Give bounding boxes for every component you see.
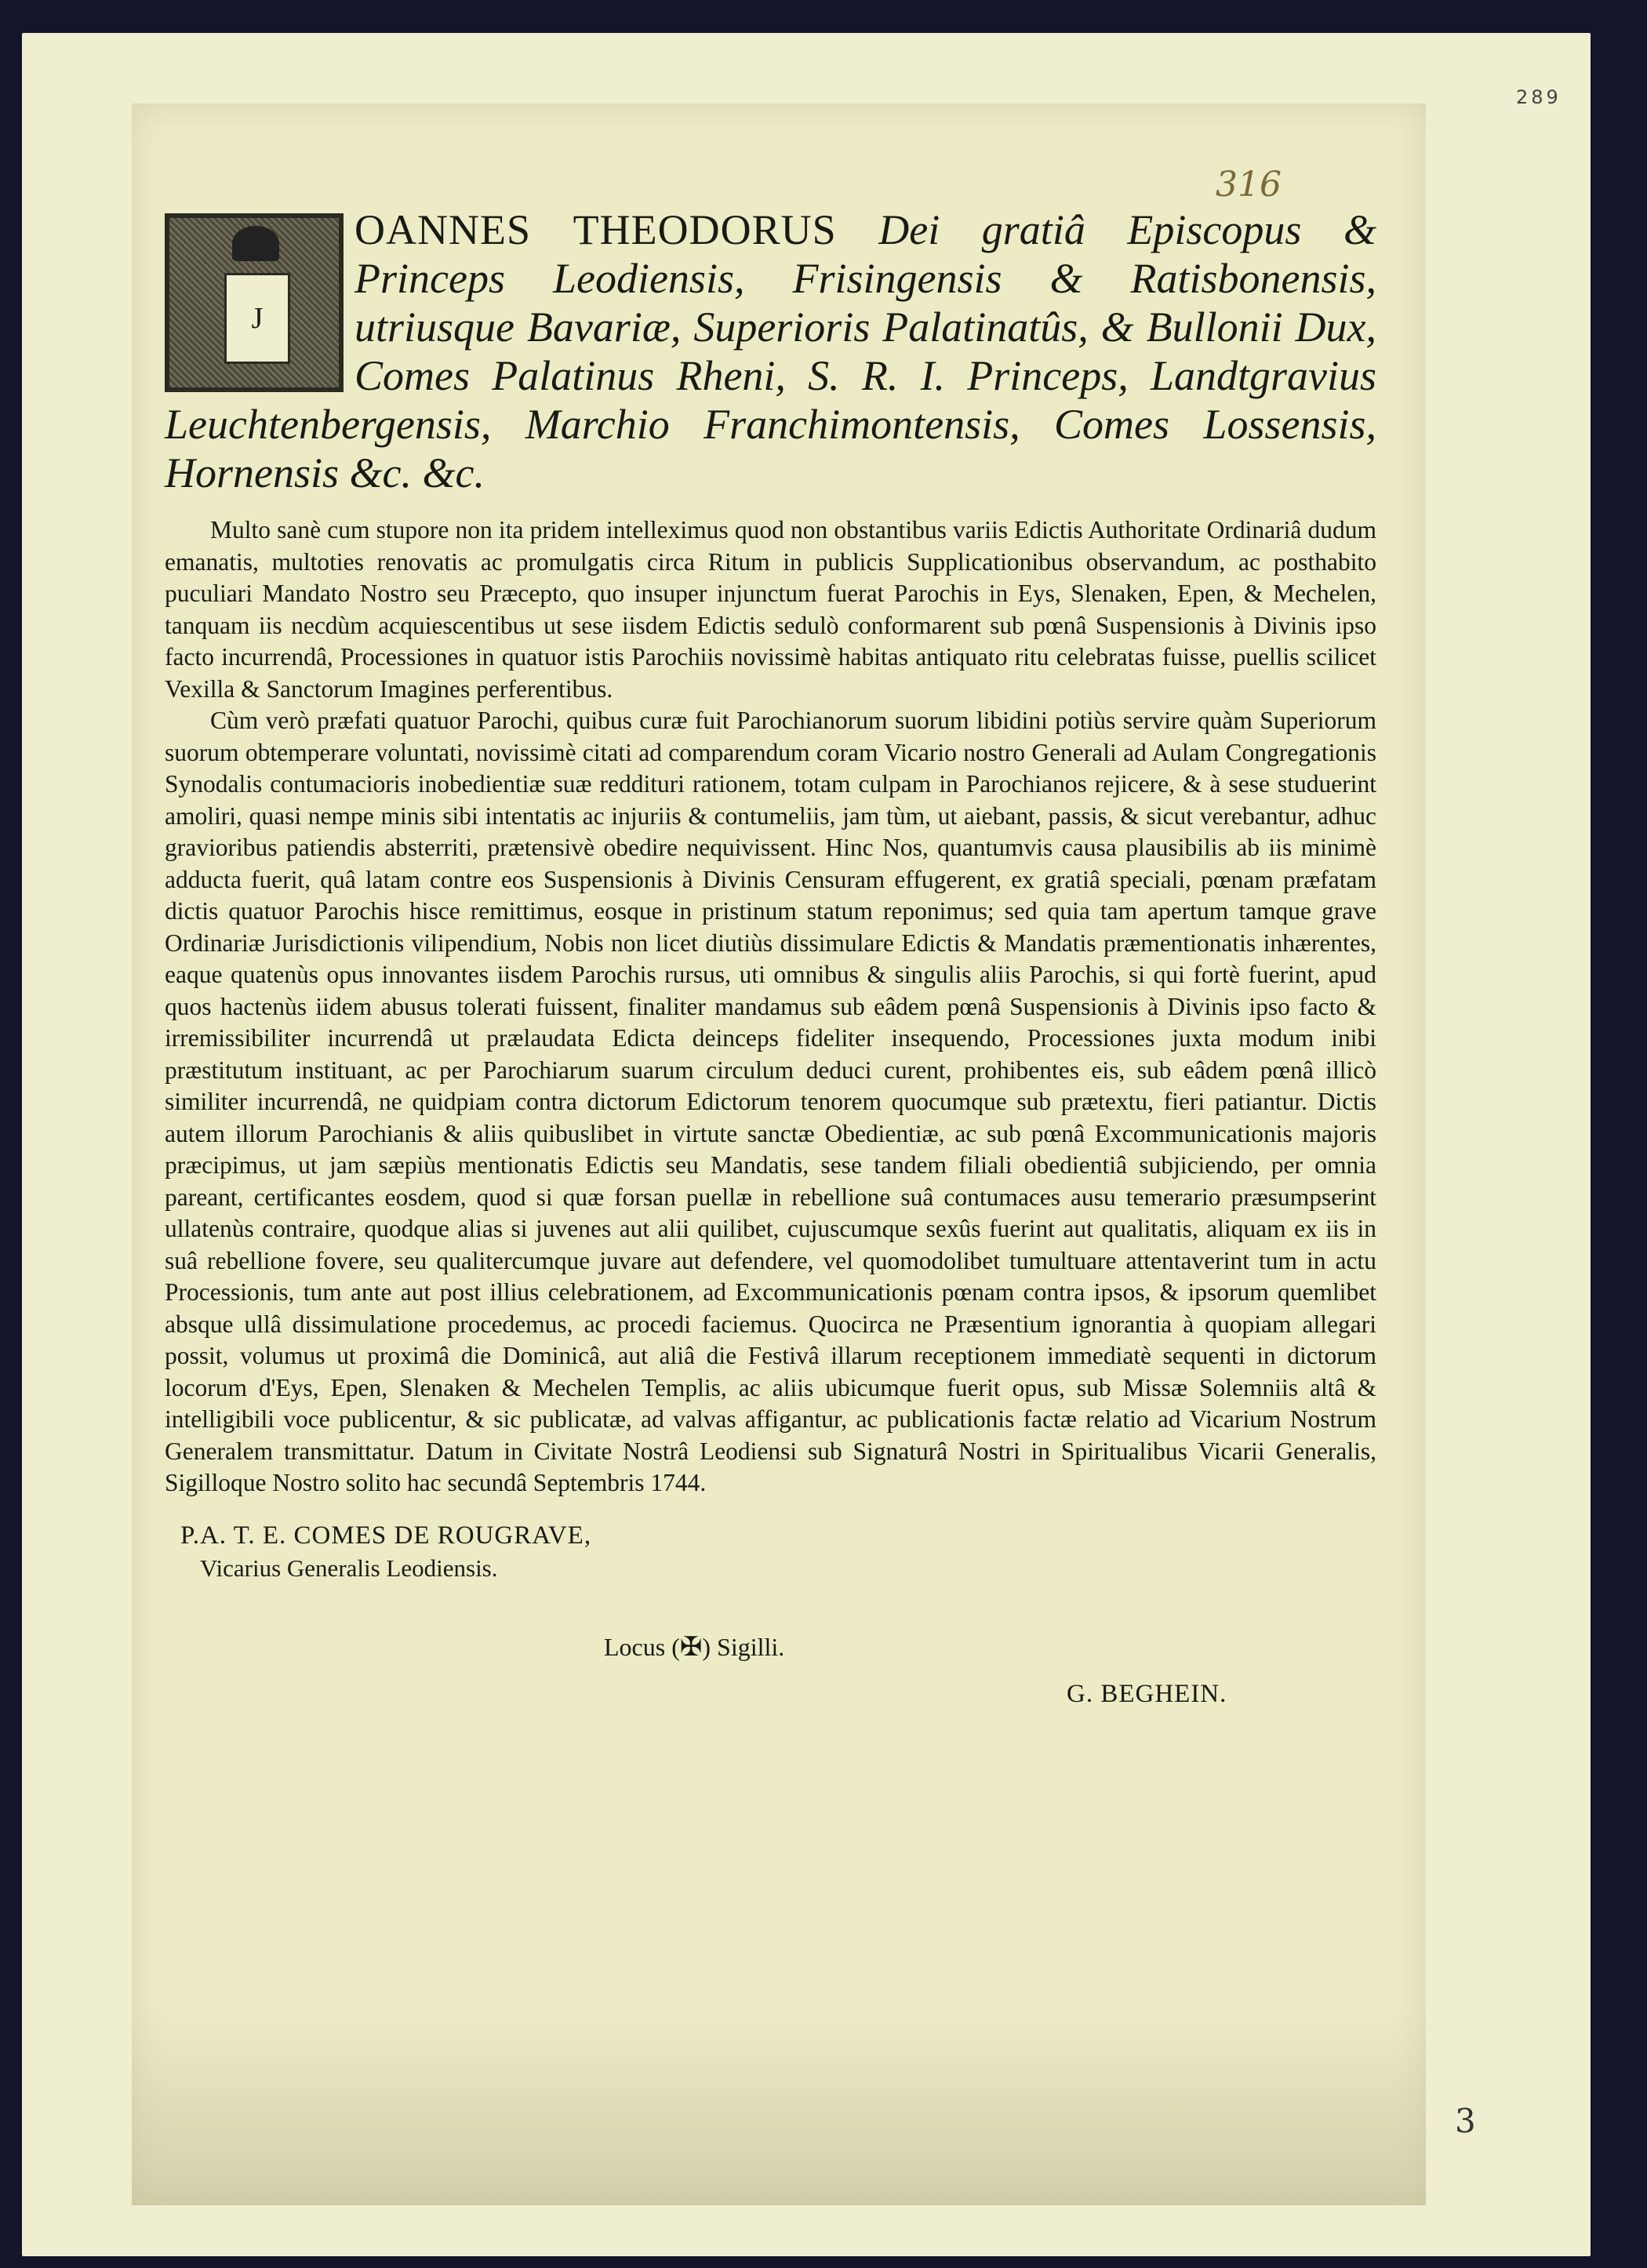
seal-label-left: Locus ( xyxy=(604,1633,680,1661)
paragraph: Multo sanè cum stupore non ita pridem in… xyxy=(165,514,1376,705)
archive-page-number: 289 xyxy=(1516,86,1562,108)
seal-placeholder: Locus (✠) Sigilli. xyxy=(604,1631,784,1663)
handwritten-folio-number: 316 xyxy=(1216,165,1282,205)
seal-label-right: ) Sigilli. xyxy=(702,1633,784,1661)
cross-icon: ✠ xyxy=(680,1633,703,1662)
water-stain xyxy=(132,2009,1426,2205)
decree-header: J OANNES THEODORUS Dei gratiâ Episcopus … xyxy=(165,205,1376,497)
vicar-general-name: P.A. T. E. COMES DE ROUGRAVE, xyxy=(180,1521,591,1550)
secretary-signature: G. BEGHEIN. xyxy=(1067,1680,1227,1709)
initial-letter: J xyxy=(224,273,290,364)
decree-body: Multo sanè cum stupore non ita pridem in… xyxy=(165,514,1376,1499)
decree-text: J OANNES THEODORUS Dei gratiâ Episcopus … xyxy=(165,205,1376,1725)
decorated-initial: J xyxy=(165,213,344,392)
vicar-general-title: Vicarius Generalis Leodiensis. xyxy=(200,1554,498,1583)
crown-icon xyxy=(232,226,279,261)
paragraph: Cùm verò præfati quatuor Parochi, quibus… xyxy=(165,705,1376,1499)
signature-block: P.A. T. E. COMES DE ROUGRAVE, Vicarius G… xyxy=(165,1521,1376,1725)
handwritten-corner-mark: 3 xyxy=(1455,2102,1476,2140)
decree-title: OANNES THEODORUS Dei gratiâ Episcopus & … xyxy=(165,205,1376,497)
bishop-name: OANNES THEODORUS xyxy=(354,206,837,253)
